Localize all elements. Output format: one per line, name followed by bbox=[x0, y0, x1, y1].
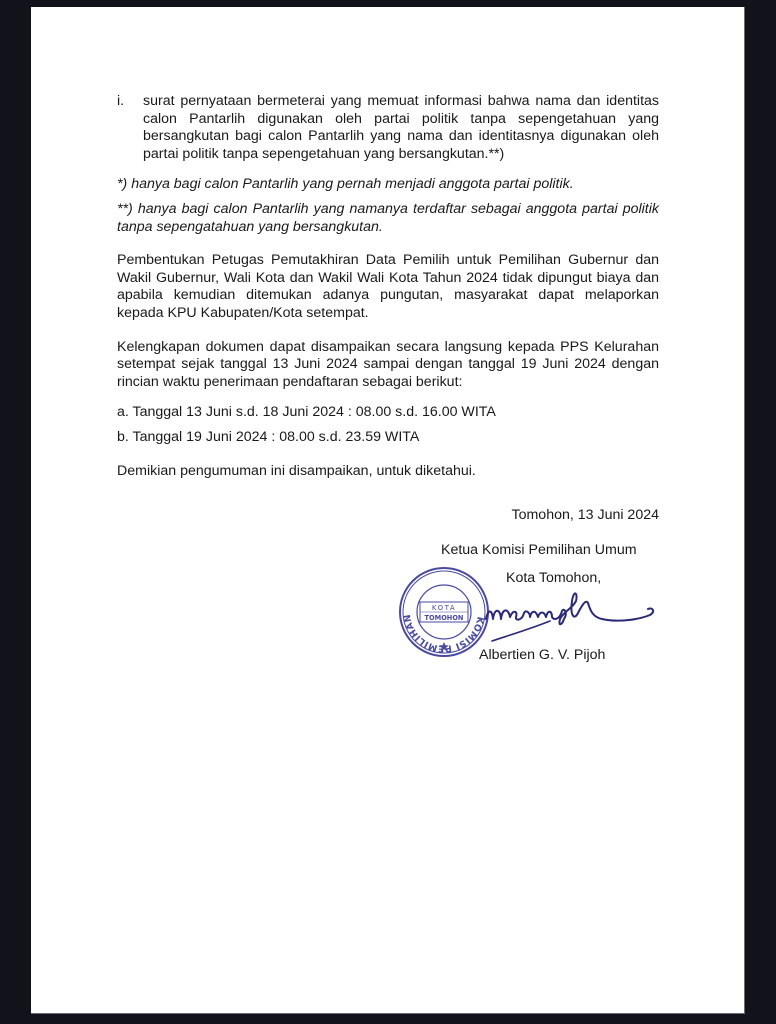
closing-statement: Demikian pengumuman ini disampaikan, unt… bbox=[117, 463, 659, 481]
requirement-item-i: i. surat pernyataan bermeterai yang memu… bbox=[117, 93, 659, 163]
paragraph-fee-notice: Pembentukan Petugas Pemutakhiran Data Pe… bbox=[117, 252, 659, 322]
stamp-center-line1: KOTA bbox=[432, 604, 456, 612]
list-item-text: surat pernyataan bermeterai yang memuat … bbox=[143, 93, 659, 163]
signatory-name: Albertien G. V. Pijoh bbox=[479, 647, 605, 663]
schedule-item-b: b. Tanggal 19 Juni 2024 : 08.00 s.d. 23.… bbox=[117, 429, 659, 447]
official-stamp-icon: KOMISI PEMILIHAN UMUM KOTA KOTA TOMOHON bbox=[398, 566, 490, 658]
list-marker: i. bbox=[117, 93, 143, 163]
handwritten-signature-icon bbox=[480, 579, 660, 649]
footnote-single-asterisk: *) hanya bagi calon Pantarlih yang perna… bbox=[117, 176, 659, 194]
document-body: i. surat pernyataan bermeterai yang memu… bbox=[117, 93, 659, 480]
schedule-item-a: a. Tanggal 13 Juni s.d. 18 Juni 2024 : 0… bbox=[117, 404, 659, 422]
place-date: Tomohon, 13 Juni 2024 bbox=[507, 507, 659, 523]
stamp-center-line2: TOMOHON bbox=[425, 614, 464, 622]
signatory-title: Ketua Komisi Pemilihan Umum bbox=[441, 542, 641, 558]
document-page: i. surat pernyataan bermeterai yang memu… bbox=[31, 7, 745, 1014]
paragraph-submission: Kelengkapan dokumen dapat disampaikan se… bbox=[117, 339, 659, 392]
footnote-double-asterisk: **) hanya bagi calon Pantarlih yang nama… bbox=[117, 201, 659, 236]
